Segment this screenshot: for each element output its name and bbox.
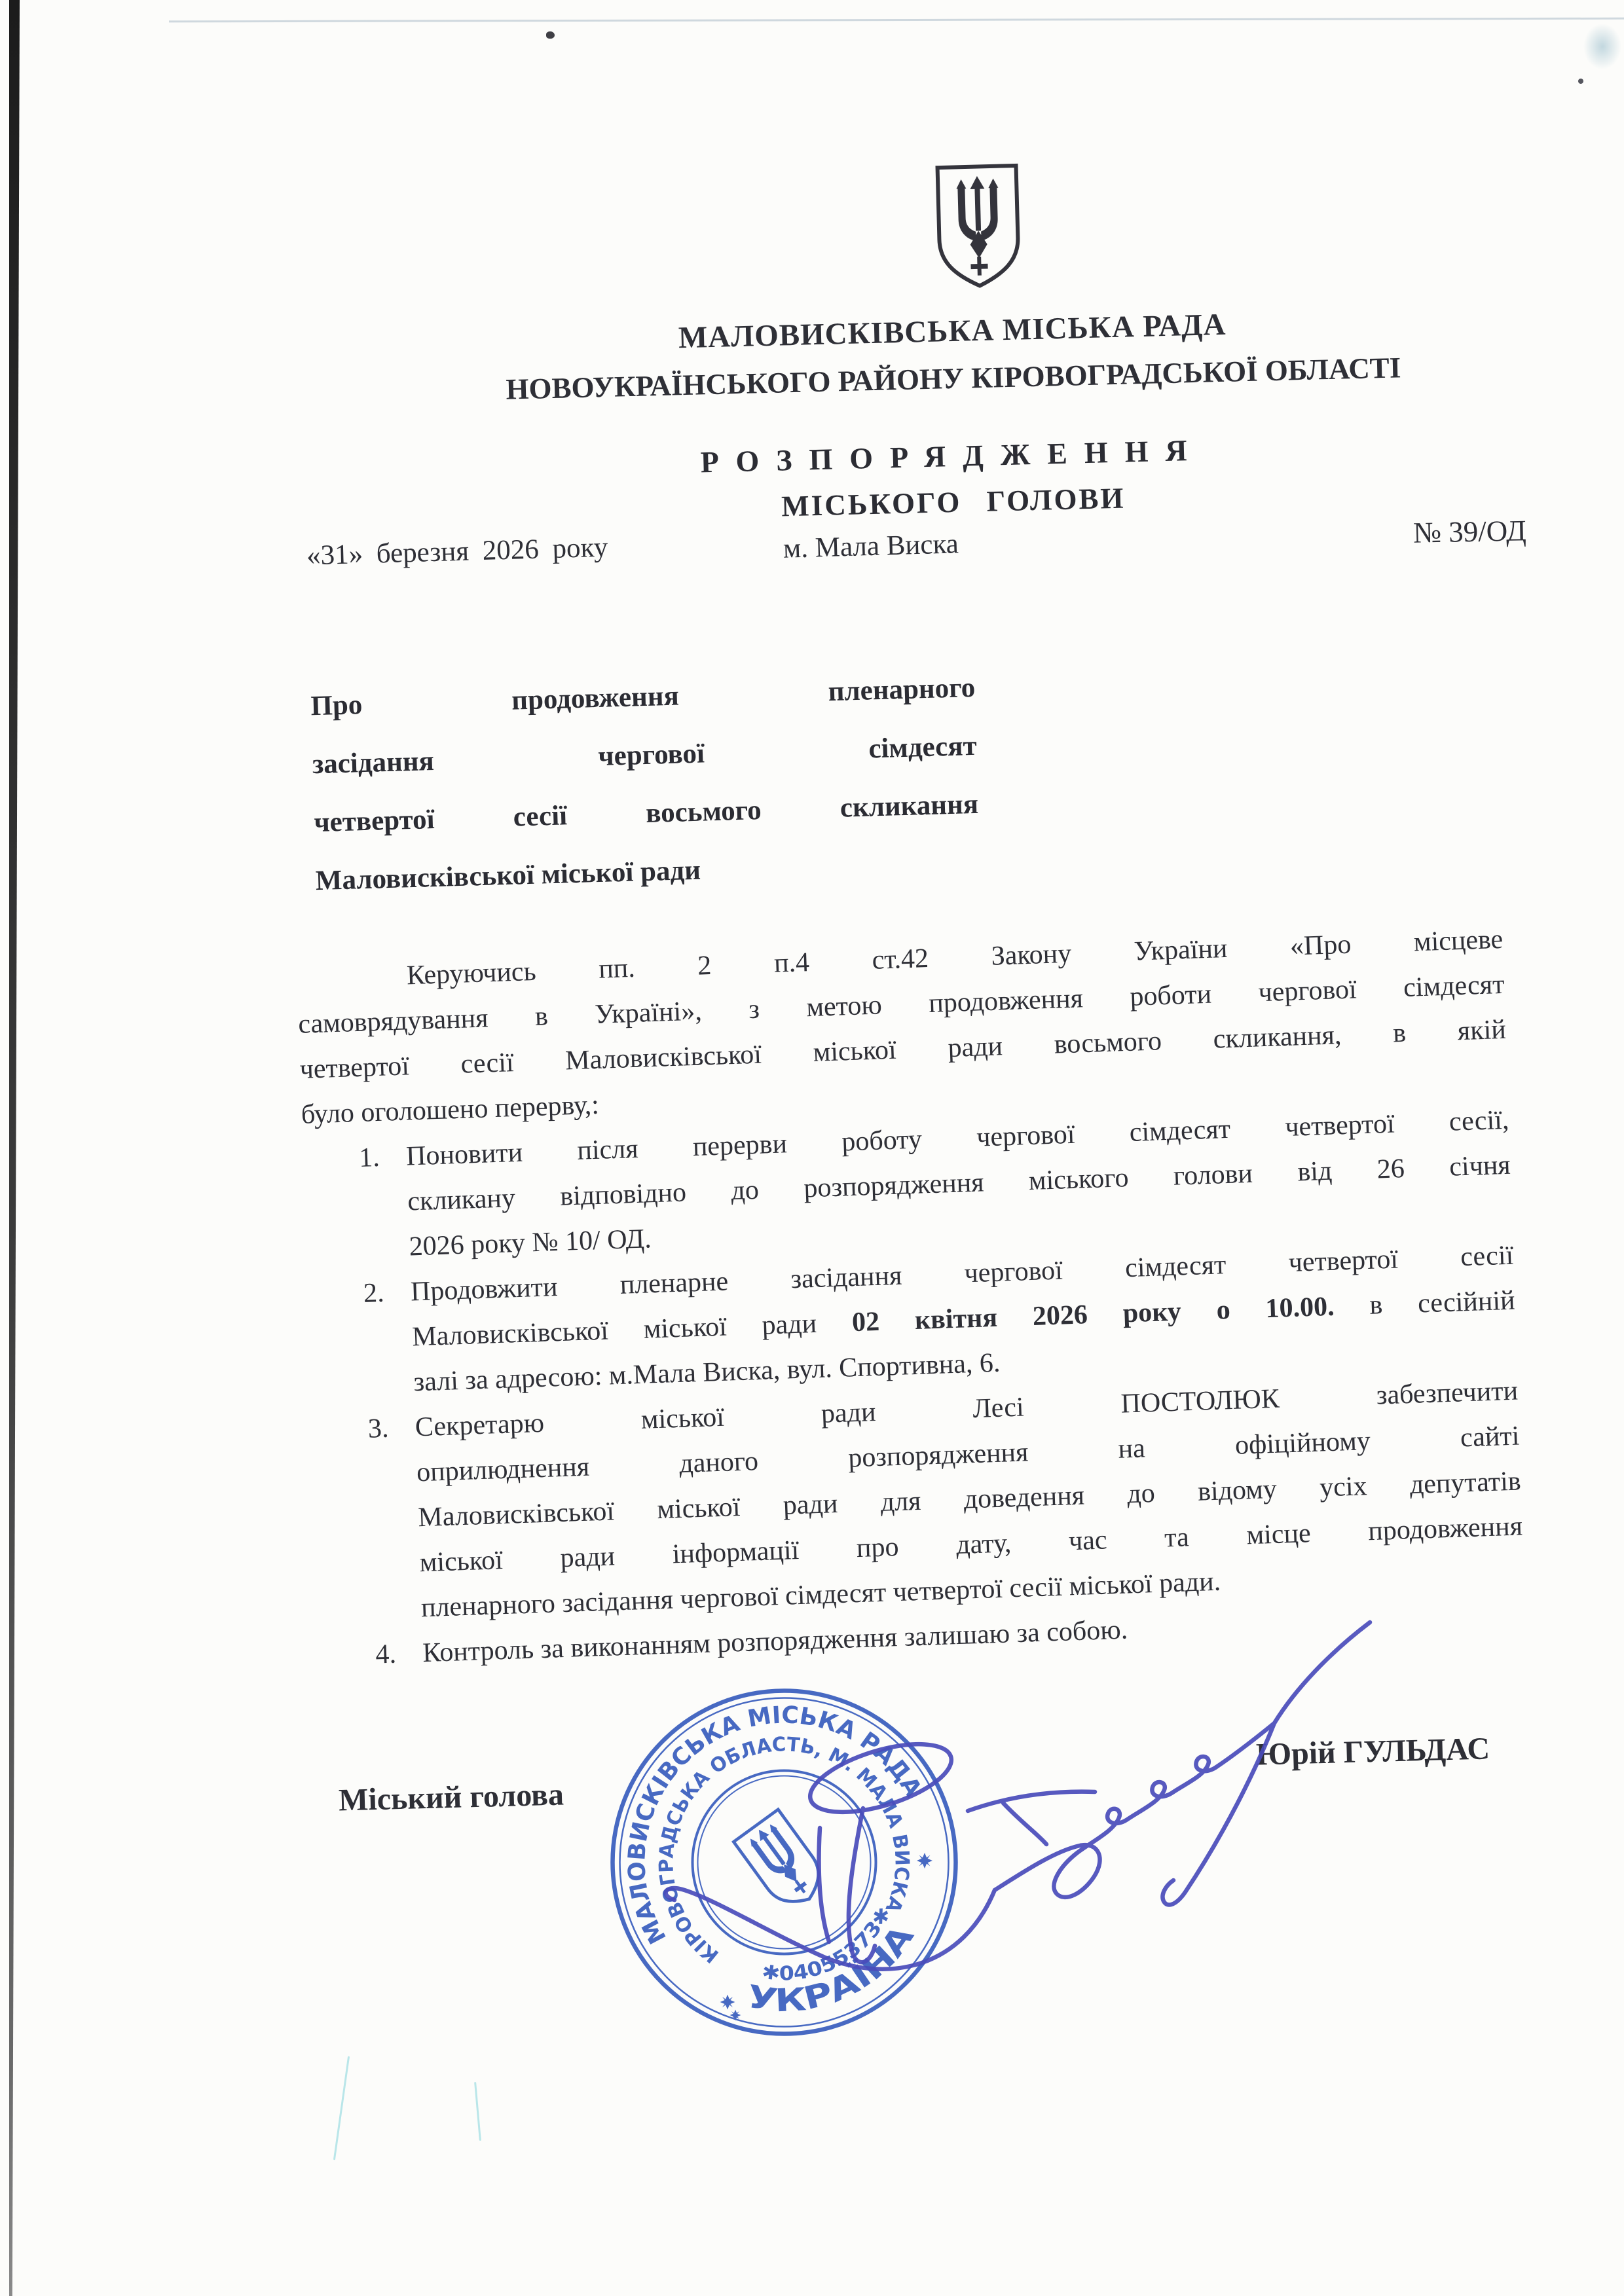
handwritten-signature: [0, 0, 1624, 2296]
scanned-document-page: МАЛОВИСКІВСЬКА МІСЬКА РАДА НОВОУКРАЇНСЬК…: [0, 0, 1624, 2296]
